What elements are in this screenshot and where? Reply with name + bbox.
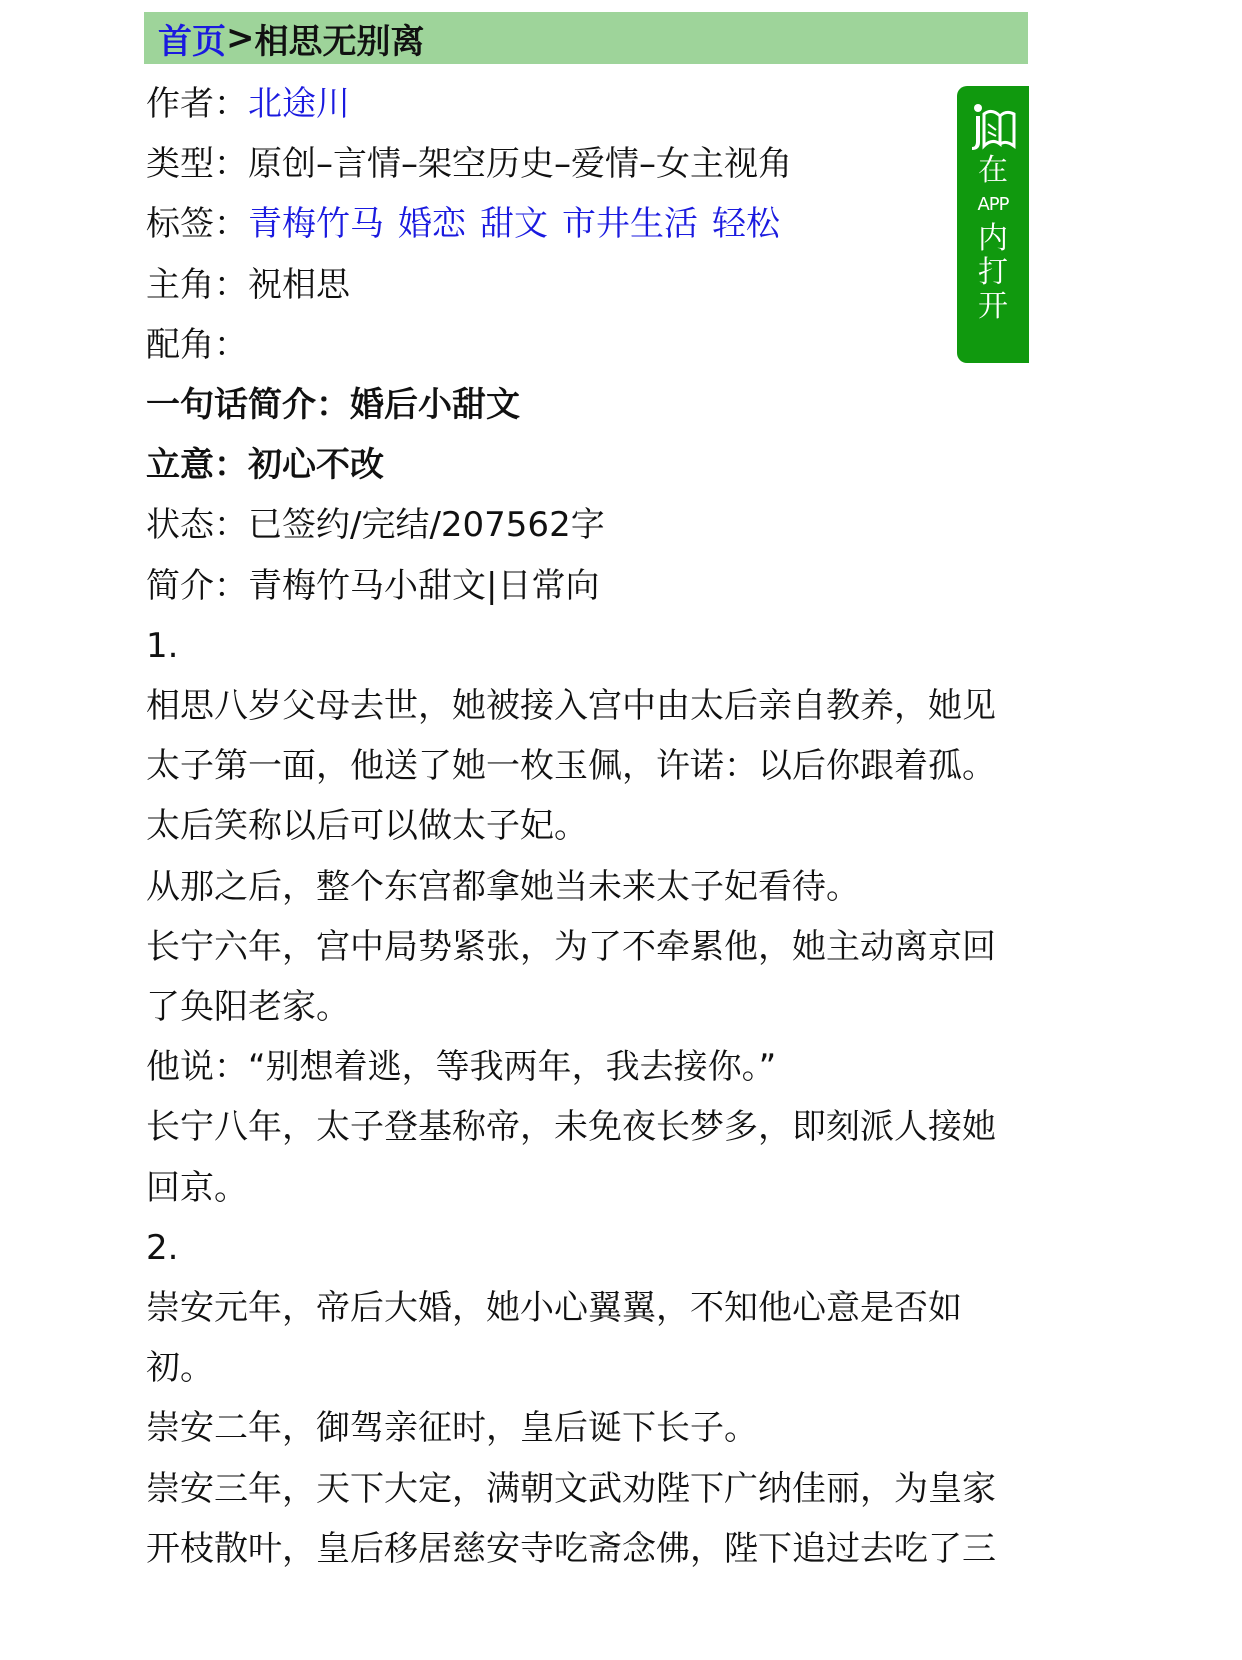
oneline-label: 一句话简介：	[146, 385, 350, 425]
supporting-label: 配角：	[146, 325, 248, 365]
oneline-row: 一句话简介：婚后小甜文	[146, 375, 1026, 435]
tags-label: 标签：	[146, 204, 248, 244]
book-info: 作者：北途川 类型：原创–言情–架空历史–爱情–女主视角 标签：青梅竹马婚恋甜文…	[146, 74, 1026, 1579]
tag-link[interactable]: 甜文	[480, 204, 548, 244]
supporting-row: 配角：	[146, 315, 1026, 375]
tag-link[interactable]: 婚恋	[398, 204, 466, 244]
type-value: 原创–言情–架空历史–爱情–女主视角	[248, 144, 792, 184]
protagonist-label: 主角：	[146, 265, 248, 305]
type-label: 类型：	[146, 144, 248, 184]
theme-row: 立意：初心不改	[146, 435, 1026, 495]
oneline-value: 婚后小甜文	[350, 385, 520, 425]
theme-label: 立意：	[146, 445, 248, 485]
synopsis-paragraph: 崇安二年，御驾亲征时，皇后诞下长子。	[146, 1398, 1014, 1458]
status-value: 已签约/完结/207562字	[248, 505, 605, 545]
section-number: 2.	[146, 1218, 1014, 1278]
tag-link[interactable]: 市井生活	[562, 204, 698, 244]
breadcrumb-separator: >	[226, 18, 255, 58]
author-link[interactable]: 北途川	[248, 84, 350, 124]
section-number: 1.	[146, 616, 1014, 676]
synopsis-paragraph: 相思八岁父母去世，她被接入宫中由太后亲自教养，她见太子第一面，他送了她一枚玉佩，…	[146, 676, 1014, 857]
type-row: 类型：原创–言情–架空历史–爱情–女主视角	[146, 134, 1026, 194]
tag-list: 青梅竹马婚恋甜文市井生活轻松	[248, 204, 780, 244]
synopsis-paragraph: 崇安元年，帝后大婚，她小心翼翼，不知他心意是否如初。	[146, 1278, 1014, 1398]
status-row: 状态：已签约/完结/207562字	[146, 495, 1026, 555]
synopsis-paragraph: 从那之后，整个东宫都拿她当未来太子妃看待。	[146, 857, 1014, 917]
synopsis-paragraph: 崇安三年，天下大定，满朝文武劝陛下广纳佳丽，为皇家开枝散叶，皇后移居慈安寺吃斋念…	[146, 1459, 1014, 1579]
summary-label: 简介：	[146, 566, 248, 606]
breadcrumb-home-link[interactable]: 首页	[158, 14, 226, 63]
protagonist-row: 主角：祝相思	[146, 255, 1026, 315]
status-label: 状态：	[146, 505, 248, 545]
author-label: 作者：	[146, 84, 248, 124]
tags-row: 标签：青梅竹马婚恋甜文市井生活轻松	[146, 194, 1026, 254]
protagonist-value: 祝相思	[248, 265, 350, 305]
breadcrumb-current-title: 相思无别离	[255, 14, 425, 63]
breadcrumb-bar: 首页 > 相思无别离	[144, 12, 1028, 64]
tag-link[interactable]: 轻松	[712, 204, 780, 244]
tag-link[interactable]: 青梅竹马	[248, 204, 384, 244]
synopsis-paragraph: 长宁八年，太子登基称帝，未免夜长梦多，即刻派人接她回京。	[146, 1097, 1014, 1217]
summary-value: 青梅竹马小甜文|日常向	[248, 566, 599, 606]
synopsis-paragraph: 他说：“别想着逃，等我两年，我去接你。”	[146, 1037, 1014, 1097]
theme-value: 初心不改	[248, 445, 384, 485]
author-row: 作者：北途川	[146, 74, 1026, 134]
summary-row: 简介：青梅竹马小甜文|日常向	[146, 556, 1026, 616]
synopsis-paragraph: 长宁六年，宫中局势紧张，为了不牵累他，她主动离京回了奂阳老家。	[146, 917, 1014, 1037]
